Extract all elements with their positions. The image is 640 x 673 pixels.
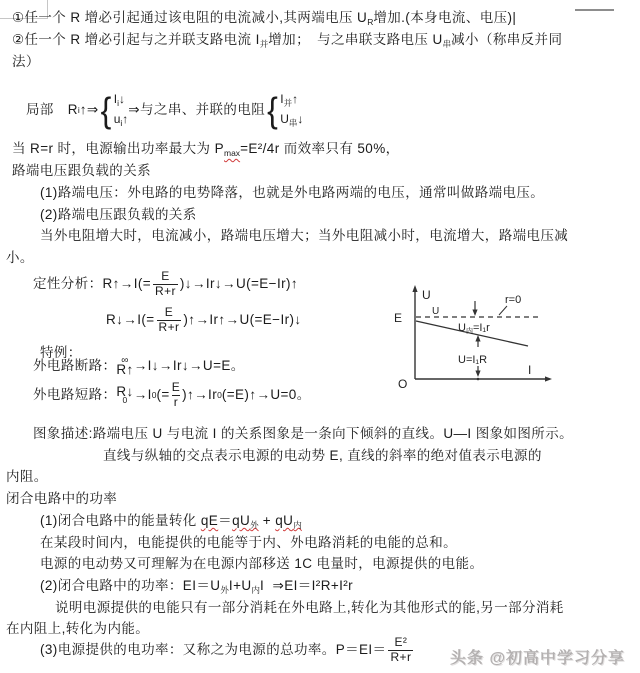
formula-text: (2)闭合电路中的功率：EI＝U xyxy=(40,578,220,593)
paragraph-text: 当外电阻增大时，电流减小，路端电压增大；当外电阻减小时，电流增大，路端电压减 xyxy=(40,228,568,243)
subscript: 并 xyxy=(284,98,293,108)
formula-text: U xyxy=(280,112,289,126)
term-qE: qE xyxy=(201,513,218,528)
paragraph-d1: (1)路端电压：外电路的电势降落，也就是外电路两端的电压，通常叫做路端电压。 xyxy=(40,183,544,203)
formula-short-circuit: 外电路短路： R↓0 →I0(= Er )↑→Ir0(=E)↑→U=0。 xyxy=(33,381,311,410)
subscript: 内 xyxy=(293,520,302,530)
paragraph-text: 在内阻上,转化为内能。 xyxy=(6,621,149,636)
arrow-to-axis-head xyxy=(475,371,480,378)
paragraph-text: 图象描述:路端电压 U 与电流 I 的关系图象是一条向下倾斜的直线。U—I 图象… xyxy=(33,426,573,441)
paragraph-text: ②任一个 R 增必引起与之并联支路电流 I xyxy=(12,32,260,47)
stacked-symbol: R↓0 xyxy=(116,387,133,404)
formula-text: (= xyxy=(157,385,170,405)
paragraph-pmax: 当 R=r 时，电源输出功率最大为 Pmax=E²/4r 而效率只有 50%， xyxy=(12,139,400,163)
inner-rest: =I₁r xyxy=(473,322,490,334)
numerator: E xyxy=(172,381,180,395)
u-i-graph: U I O E U r=0 U内=I₁r U=I₁R xyxy=(390,283,558,396)
brace-column: I并↑ U串↓ xyxy=(280,90,303,130)
paragraph-text: 说明电源提供的电能只有一部分消耗在外电路上,转化为其他形式的能,另一部分消耗 xyxy=(55,600,564,615)
paragraph-text: =E²/4r 而效率只有 50%， xyxy=(240,141,399,156)
left-brace: { xyxy=(267,92,278,127)
formula-text: )↑→Ir↑→U(=E−Ir)↓ xyxy=(183,310,301,330)
implies-symbol: ⇒ xyxy=(87,100,99,120)
paragraph-graph-desc-2: 直线与纵轴的交点表示电源的电动势 E, 直线的斜率的绝对值表示电源的 xyxy=(103,446,542,466)
paragraph-text: 增加； 与之串联支路电压 U xyxy=(268,32,442,47)
paragraph-text: 小。 xyxy=(6,250,34,265)
subscript: 串 xyxy=(443,39,452,49)
formula-label: 外电路断路： xyxy=(33,356,116,376)
paragraph-graph-desc-wrap: 内阻。 xyxy=(6,467,48,487)
formula-text: I+U xyxy=(229,578,252,593)
inner-u: U xyxy=(458,322,466,334)
formula-text: )↑→Ir xyxy=(182,385,217,405)
heading-closed-circuit-power: 闭合电路中的功率 xyxy=(6,489,117,509)
implies-symbol: ⇒ xyxy=(128,100,140,120)
paragraph-rule-1: ①任一个 R 增必引起通过该电阻的电流减小,其两端电压 UR增加.(本身电流、电… xyxy=(12,8,516,32)
arrow-to-line-head xyxy=(475,335,480,342)
down-arrow: ↓ xyxy=(119,92,125,106)
paragraph-p3a: 说明电源提供的电能只有一部分消耗在外电路上,转化为其他形式的能,另一部分消耗 xyxy=(55,598,564,618)
fraction: Er xyxy=(172,381,180,410)
formula-total-power: (3)电源提供的电功率：又称之为电源的总功率。P＝EI＝ E²R+r xyxy=(40,636,415,665)
formula-qualitative-1: 定性分析： R↑→I(= ER+r )↓→Ir↓→U(=E−Ir)↑ xyxy=(33,270,298,299)
paragraph-e1: 在某段时间内，电能提供的电能等于内、外电路消耗的电能的总和。 xyxy=(40,533,457,553)
r0-label: r=0 xyxy=(505,294,521,306)
outer-voltage-label: U=I₁R xyxy=(458,354,487,366)
watermark: 头条 @初高中学习分享 xyxy=(450,645,625,668)
r0-pointer xyxy=(499,306,507,315)
paragraph-d3: 当外电阻增大时，电流减小，路端电压增大；当外电阻减小时，电流增大，路端电压减 xyxy=(40,226,568,246)
formula-text: R↑ xyxy=(116,365,133,375)
subscript: 内 xyxy=(252,585,261,595)
brace-row: Ii↓ xyxy=(114,90,129,110)
paragraph-e2: 电源的电动势又可理解为在电源内部移送 1C 电量时，电源提供的电能。 xyxy=(40,554,483,574)
numerator: E xyxy=(165,306,173,320)
formula-qualitative-2: R↓→I(= ER+r )↑→Ir↑→U(=E−Ir)↓ xyxy=(106,306,302,335)
up-arrow: ↑ xyxy=(292,92,298,106)
origin-label: O xyxy=(398,377,407,391)
formula-text: →I↓→Ir↓→U=E。 xyxy=(134,356,245,376)
formula-label: 定性分析： xyxy=(33,274,103,294)
subscript: 并 xyxy=(260,39,269,49)
heading-terminal-voltage: 路端电压跟负载的关系 xyxy=(12,161,151,181)
term-qU-in: qU内 xyxy=(275,513,302,528)
formula-text: R↓→I(= xyxy=(106,310,155,330)
formula-text: qU xyxy=(232,513,250,528)
x-axis-arrow xyxy=(545,376,552,381)
heading-text: 路端电压跟负载的关系 xyxy=(12,163,151,178)
x-axis-label: I xyxy=(528,363,531,377)
left-brace: { xyxy=(101,92,112,127)
formula-local-resistance: 局部 Ri↑⇒ { Ii↓ ui↑ ⇒与之串、并联的电阻 { I并↑ U串↓ xyxy=(26,90,303,130)
formula-text: 与之串、并联的电阻 xyxy=(140,100,265,120)
paragraph-text: 在某段时间内，电能提供的电能等于内、外电路消耗的电能的总和。 xyxy=(40,535,457,550)
brace-column: Ii↓ ui↑ xyxy=(114,90,129,130)
denominator: R+r xyxy=(157,320,182,335)
denominator: R+r xyxy=(388,650,413,665)
formula-text: →I xyxy=(134,385,152,405)
text-cursor: | xyxy=(512,10,516,25)
numerator: E xyxy=(161,270,169,284)
plus-sign: + xyxy=(259,513,276,528)
formula-label: 外电路短路： xyxy=(33,385,116,405)
y-axis-label: U xyxy=(422,288,431,302)
term-qU-out: qU外 xyxy=(232,513,259,528)
paragraph-rule-2-wrap: 法） xyxy=(12,52,40,72)
arrow-to-dashed-head xyxy=(472,310,477,317)
paragraph-text: 直线与纵轴的交点表示电源的电动势 E, 直线的斜率的绝对值表示电源的 xyxy=(103,448,542,463)
paragraph-text: ①任一个 R 增必引起通过该电阻的电流减小,其两端电压 U xyxy=(12,10,367,25)
page-margin-right-mark xyxy=(575,9,614,11)
y-axis-arrow xyxy=(412,285,417,292)
u-on-dashed-label: U xyxy=(432,306,439,317)
brace-row: ui↑ xyxy=(114,110,129,130)
paragraph-d2: (2)路端电压跟负载的关系 xyxy=(40,205,197,225)
paragraph-text: 当 R=r 时，电源输出功率最大为 P xyxy=(12,141,224,156)
inner-voltage-label: U内=I₁r xyxy=(458,322,490,335)
watermark-text: 头条 @初高中学习分享 xyxy=(450,650,625,667)
paragraph-rule-2: ②任一个 R 增必引起与之并联支路电流 I并增加； 与之串联支路电压 U串减小（… xyxy=(12,30,562,54)
fraction: E²R+r xyxy=(388,636,413,665)
paragraph-text: 增加.(本身电流、电压) xyxy=(373,10,512,25)
formula-text: )↓→Ir↓→U(=E−Ir)↑ xyxy=(180,274,298,294)
paragraph-text: (1)闭合电路中的能量转化 xyxy=(40,513,201,528)
down-arrow: ↓ xyxy=(297,112,303,126)
u-i-graph-svg: U I O E U r=0 U内=I₁r U=I₁R xyxy=(390,283,558,391)
formula-text: (=E)↑→U=0。 xyxy=(222,385,311,405)
brace-row: I并↑ xyxy=(280,90,303,110)
formula-text: ⇒EI＝I²R+I²r xyxy=(264,578,353,593)
formula-energy-conversion: (1)闭合电路中的能量转化 qE＝qU外 + qU内 xyxy=(40,511,302,535)
formula-text: 局部 R xyxy=(26,100,78,120)
numerator: E² xyxy=(395,636,408,650)
stacked-symbol: ∞R↑ xyxy=(116,357,133,375)
paragraph-text: 电源的电动势又可理解为在电源内部移送 1C 电量时，电源提供的电能。 xyxy=(40,556,483,571)
paragraph-text: 法） xyxy=(12,54,40,69)
formula-text: (3)电源提供的电功率：又称之为电源的总功率。P＝EI＝ xyxy=(40,640,386,660)
denominator: r xyxy=(172,395,180,410)
fraction: ER+r xyxy=(157,306,182,335)
zero-limit: 0 xyxy=(122,397,127,403)
subscript: 外 xyxy=(250,520,259,530)
formula-circuit-power: (2)闭合电路中的功率：EI＝U外I+U内I ⇒EI＝I²R+I²r xyxy=(40,576,353,600)
heading-text: 闭合电路中的功率 xyxy=(6,491,117,506)
formula-open-circuit: 外电路断路： ∞R↑ →I↓→Ir↓→U=E。 xyxy=(33,356,245,376)
paragraph-text: (2)路端电压跟负载的关系 xyxy=(40,207,197,222)
axis-point xyxy=(477,378,480,381)
emf-label: E xyxy=(394,311,402,325)
denominator: R+r xyxy=(153,284,178,299)
formula-text: qU xyxy=(275,513,293,528)
equals-sign: ＝ xyxy=(218,513,232,528)
up-arrow: ↑ xyxy=(80,100,87,120)
inner-sub: 内 xyxy=(466,326,473,335)
fraction: ER+r xyxy=(153,270,178,299)
subscript-max: max xyxy=(224,148,240,158)
formula-text: R↑→I(= xyxy=(103,274,152,294)
paragraph-text: (1)路端电压：外电路的电势降落，也就是外电路两端的电压，通常叫做路端电压。 xyxy=(40,185,544,200)
paragraph-graph-desc-1: 图象描述:路端电压 U 与电流 I 的关系图象是一条向下倾斜的直线。U—I 图象… xyxy=(33,424,573,444)
paragraph-text: 内阻。 xyxy=(6,469,48,484)
paragraph-text: 减小（称串反并同 xyxy=(451,32,562,47)
subscript: 外 xyxy=(220,585,229,595)
paragraph-d3-wrap: 小。 xyxy=(6,248,34,268)
brace-row: U串↓ xyxy=(280,110,303,130)
